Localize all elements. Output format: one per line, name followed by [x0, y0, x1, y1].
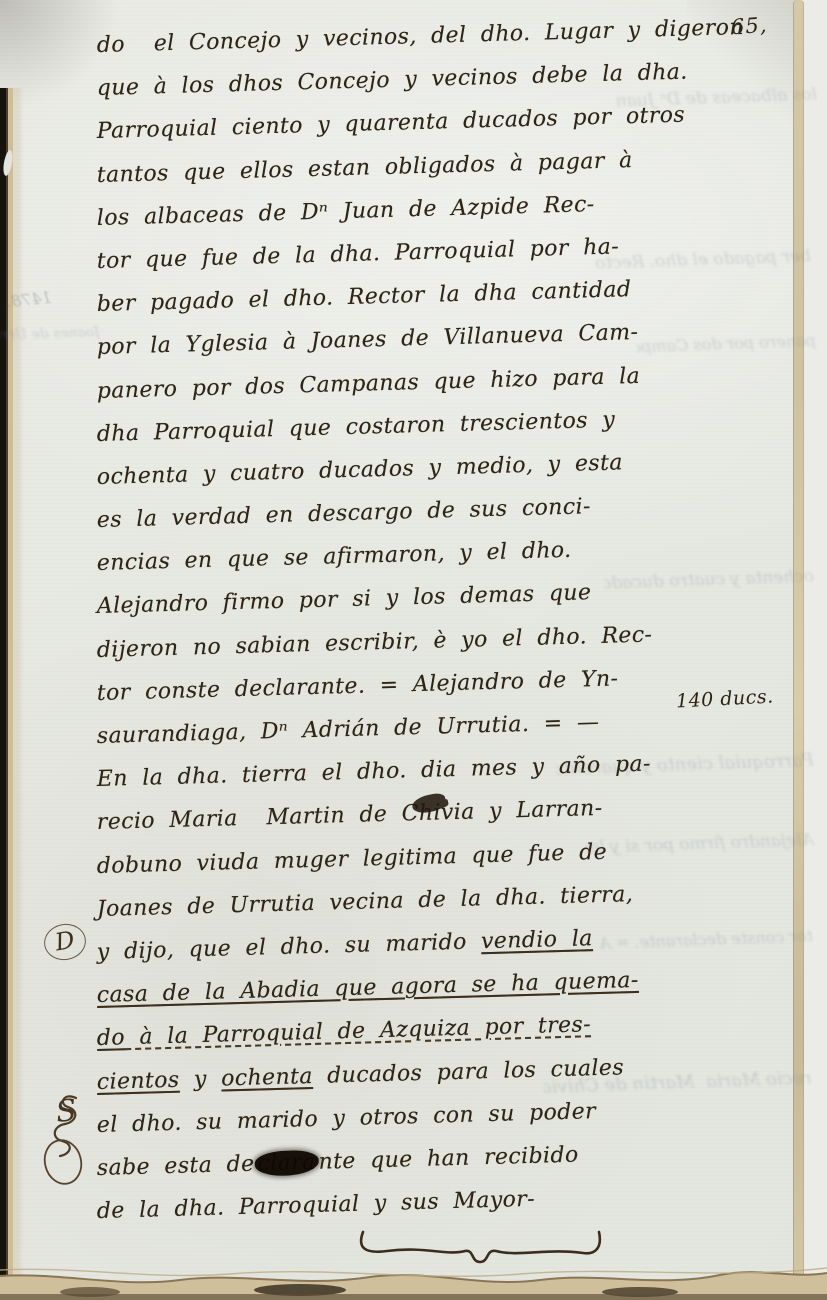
margin-rubric-s-icon: S — [40, 1092, 94, 1200]
bleed-through-ghost-number: 1478. — [5, 288, 53, 312]
ink-blot: clara — [254, 1150, 319, 1177]
binding-edge — [0, 88, 24, 1300]
margin-sum-note: 140 ducs. — [675, 685, 774, 712]
deckle-right-edge — [793, 0, 804, 1288]
underlying-page-edge — [801, 0, 827, 1300]
rubric-s-letter: S — [54, 1093, 78, 1130]
margin-rubric-d-icon: D — [41, 921, 89, 964]
manuscript-lines: do el Concejo y vecinos, del dho. Lugar … — [97, 24, 737, 1233]
torn-bottom-edge — [0, 1244, 827, 1300]
manuscript-page: los albaceas de Dⁿ Juan de Azpide Rec-be… — [0, 0, 827, 1300]
